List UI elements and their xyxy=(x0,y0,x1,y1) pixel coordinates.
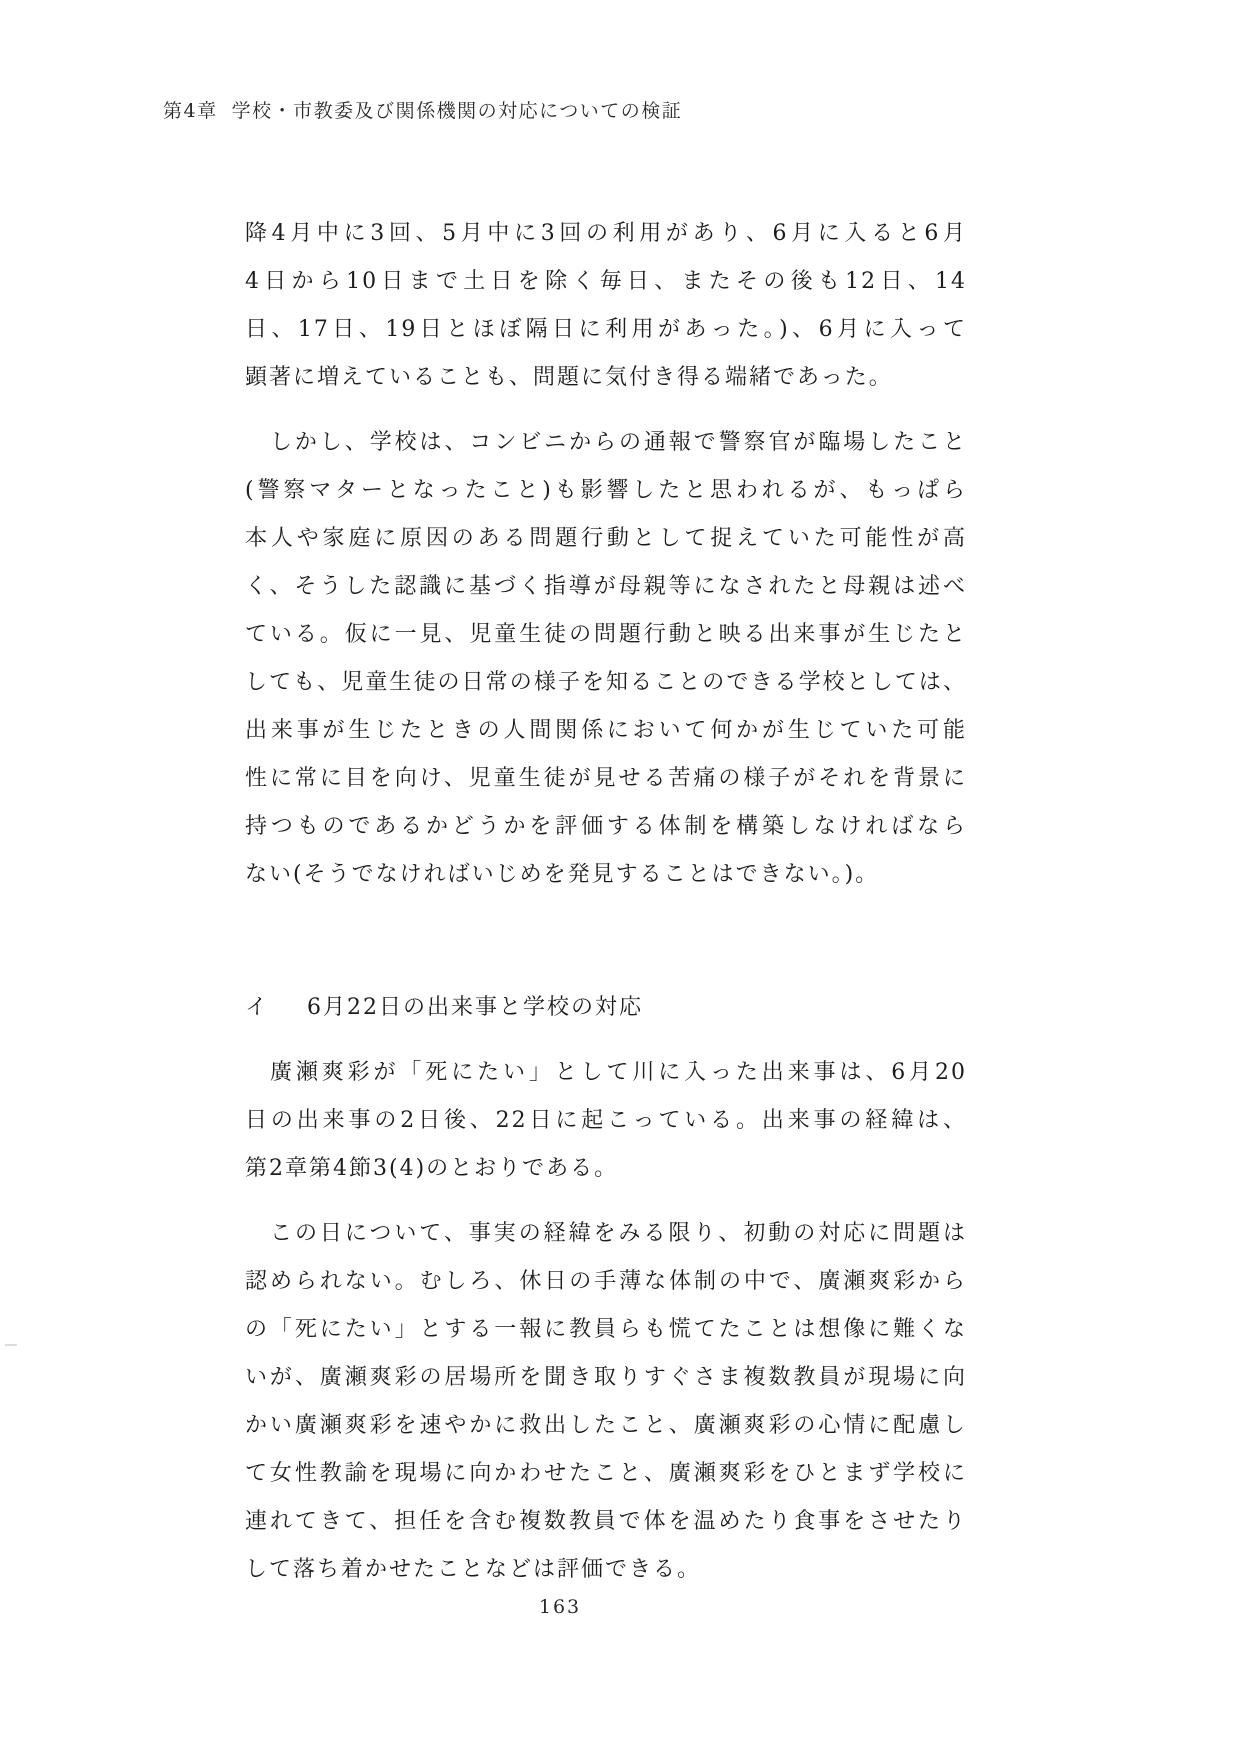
text-line: 性に常に目を向け、児童生徒が見せる苦痛の様子がそれを背景に xyxy=(245,755,967,803)
text-line: しかし、学校は、コンビニからの通報で警察官が臨場したこと xyxy=(245,419,967,467)
text-line: して落ち着かせたことなどは評価できる。 xyxy=(245,1546,967,1594)
section-heading: イ6月22日の出来事と学校の対応 xyxy=(245,984,967,1032)
text-line: く、そうした認識に基づく指導が母親等になされたと母親は述べ xyxy=(245,563,967,611)
text-line: 持つものであるかどうかを評価する体制を構築しなければなら xyxy=(245,803,967,851)
paragraph-1: 降4月中に3回、5月中に3回の利用があり、6月に入ると6月 4日から10日まで土… xyxy=(245,210,967,402)
text-line: 顕著に増えていることも、問題に気付き得る端緒であった。 xyxy=(245,354,967,402)
text-line: いが、廣瀬爽彩の居場所を聞き取りすぐさま複数教員が現場に向 xyxy=(245,1354,967,1402)
text-line: て女性教諭を現場に向かわせたこと、廣瀬爽彩をひとまず学校に xyxy=(245,1450,967,1498)
text-line: 本人や家庭に原因のある問題行動として捉えていた可能性が高 xyxy=(245,515,967,563)
document-page: 第4章学校・市教委及び関係機関の対応についての検証 降4月中に3回、5月中に3回… xyxy=(0,0,1239,1754)
text-line: かい廣瀬爽彩を速やかに救出したこと、廣瀬爽彩の心情に配慮し xyxy=(245,1402,967,1450)
text-line: 廣瀬爽彩が「死にたい」として川に入った出来事は、6月20 xyxy=(245,1049,967,1097)
chapter-title: 学校・市教委及び関係機関の対応についての検証 xyxy=(232,100,683,122)
text-line: 日の出来事の2日後、22日に起こっている。出来事の経緯は、 xyxy=(245,1097,967,1145)
text-line: 認められない。むしろ、休日の手薄な体制の中で、廣瀬爽彩から xyxy=(245,1258,967,1306)
chapter-number: 第4章 xyxy=(163,100,218,122)
section-heading-text: 6月22日の出来事と学校の対応 xyxy=(307,995,643,1020)
body-text: 降4月中に3回、5月中に3回の利用があり、6月に入ると6月 4日から10日まで土… xyxy=(245,210,967,1594)
section-heading-label: イ xyxy=(245,995,269,1020)
scan-artifact xyxy=(5,1344,17,1346)
text-line: しても、児童生徒の日常の様子を知ることのできる学校としては、 xyxy=(245,659,967,707)
running-header: 第4章学校・市教委及び関係機関の対応についての検証 xyxy=(163,96,682,123)
text-line: 出来事が生じたときの人間関係において何かが生じていた可能 xyxy=(245,707,967,755)
text-line: ている。仮に一見、児童生徒の問題行動と映る出来事が生じたと xyxy=(245,611,967,659)
text-line: (警察マターとなったこと)も影響したと思われるが、もっぱら xyxy=(245,467,967,515)
paragraph-3: 廣瀬爽彩が「死にたい」として川に入った出来事は、6月20 日の出来事の2日後、2… xyxy=(245,1049,967,1193)
text-line: 第2章第4節3(4)のとおりである。 xyxy=(245,1145,967,1193)
text-line: 連れてきて、担任を含む複数教員で体を温めたり食事をさせたり xyxy=(245,1498,967,1546)
paragraph-4: この日について、事実の経緯をみる限り、初動の対応に問題は 認められない。むしろ、… xyxy=(245,1210,967,1594)
text-line: 降4月中に3回、5月中に3回の利用があり、6月に入ると6月 xyxy=(245,210,967,258)
text-line: この日について、事実の経緯をみる限り、初動の対応に問題は xyxy=(245,1210,967,1258)
text-line: ない(そうでなければいじめを発見することはできない。)。 xyxy=(245,851,967,899)
text-line: の「死にたい」とする一報に教員らも慌てたことは想像に難くな xyxy=(245,1306,967,1354)
paragraph-2: しかし、学校は、コンビニからの通報で警察官が臨場したこと (警察マターとなったこ… xyxy=(245,419,967,899)
page-number: 163 xyxy=(0,1596,1120,1618)
text-line: 4日から10日まで土日を除く毎日、またその後も12日、14 xyxy=(245,258,967,306)
text-line: 日、17日、19日とほぼ隔日に利用があった。)、6月に入って xyxy=(245,306,967,354)
